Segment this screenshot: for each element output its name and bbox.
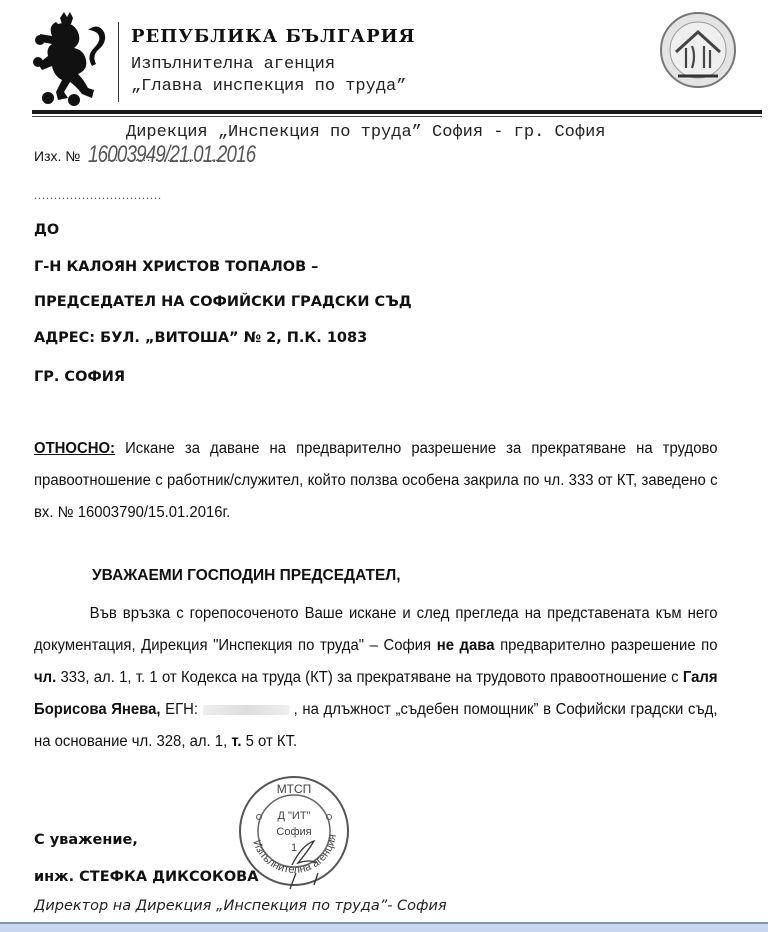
addressee-name: Г-Н КАЛОЯН ХРИСТОВ ТОПАЛОВ –: [34, 259, 318, 275]
header-divider: [118, 22, 119, 102]
agency-name-line2: „Главна инспекция по труда”: [131, 77, 406, 96]
subject-label: ОТНОСНО:: [34, 440, 115, 457]
handwritten-ref-number: 16003949/21.01.2016: [88, 141, 255, 169]
header-rule-thick: [32, 110, 762, 114]
agency-name-line1: Изпълнителна агенция: [131, 55, 335, 74]
main-paragraph: Във връзка с горепосоченото Ваше искане …: [34, 598, 718, 758]
addressee-to: ДО: [34, 222, 59, 238]
directorate-line: Дирекция „Инспекция по труда” София - гр…: [126, 123, 605, 142]
svg-text:1: 1: [291, 842, 297, 854]
svg-text:МТСП: МТСП: [277, 782, 312, 796]
labour-inspectorate-seal-icon: [648, 10, 748, 90]
header-rule-thin: [32, 116, 762, 117]
svg-text:Д "ИТ": Д "ИТ": [278, 810, 311, 822]
body-text: 333, ал. 1, т. 1 от Кодекса на труда (КТ…: [56, 669, 683, 686]
body-text: ЕГН:: [161, 701, 203, 718]
redacted-egn: [203, 705, 289, 715]
subject-text: Искане за даване на предварително разреш…: [34, 440, 718, 521]
decision-emphasis: не дава: [437, 637, 495, 654]
item-emphasis: т.: [231, 733, 241, 750]
addressee-position: ПРЕДСЕДАТЕЛ НА СОФИЙСКИ ГРАДСКИ СЪД: [34, 294, 412, 310]
ref-dotted-line-2: ................................: [34, 188, 162, 203]
closing-regards: С уважение,: [34, 832, 138, 848]
subject-paragraph: ОТНОСНО: Искане за даване на предварител…: [34, 433, 718, 529]
viewer-bottom-bar: [0, 924, 768, 932]
article-emphasis: чл.: [34, 669, 56, 686]
signer-title: Директор на Дирекция „Инспекция по труда…: [34, 898, 447, 914]
signer-name: инж. СТЕФКА ДИКСОКОВА: [34, 869, 258, 885]
country-name: РЕПУБЛИКА БЪЛГАРИЯ: [131, 26, 415, 47]
addressee-address: АДРЕС: БУЛ. „ВИТОША” № 2, П.К. 1083: [34, 330, 367, 346]
salutation: УВАЖАЕМИ ГОСПОДИН ПРЕДСЕДАТЕЛ,: [92, 567, 401, 585]
addressee-city: ГР. СОФИЯ: [34, 369, 125, 385]
svg-text:София: София: [276, 826, 311, 838]
body-text: 5 от КТ.: [241, 733, 297, 750]
official-stamp-icon: Изпълнителна агенция ГИТ МТСП Д "ИТ" Соф…: [234, 773, 354, 891]
coat-of-arms-icon: [30, 10, 110, 110]
outgoing-ref-label: Изх. №: [34, 148, 80, 164]
body-text: предварително разрешение по: [495, 637, 718, 654]
